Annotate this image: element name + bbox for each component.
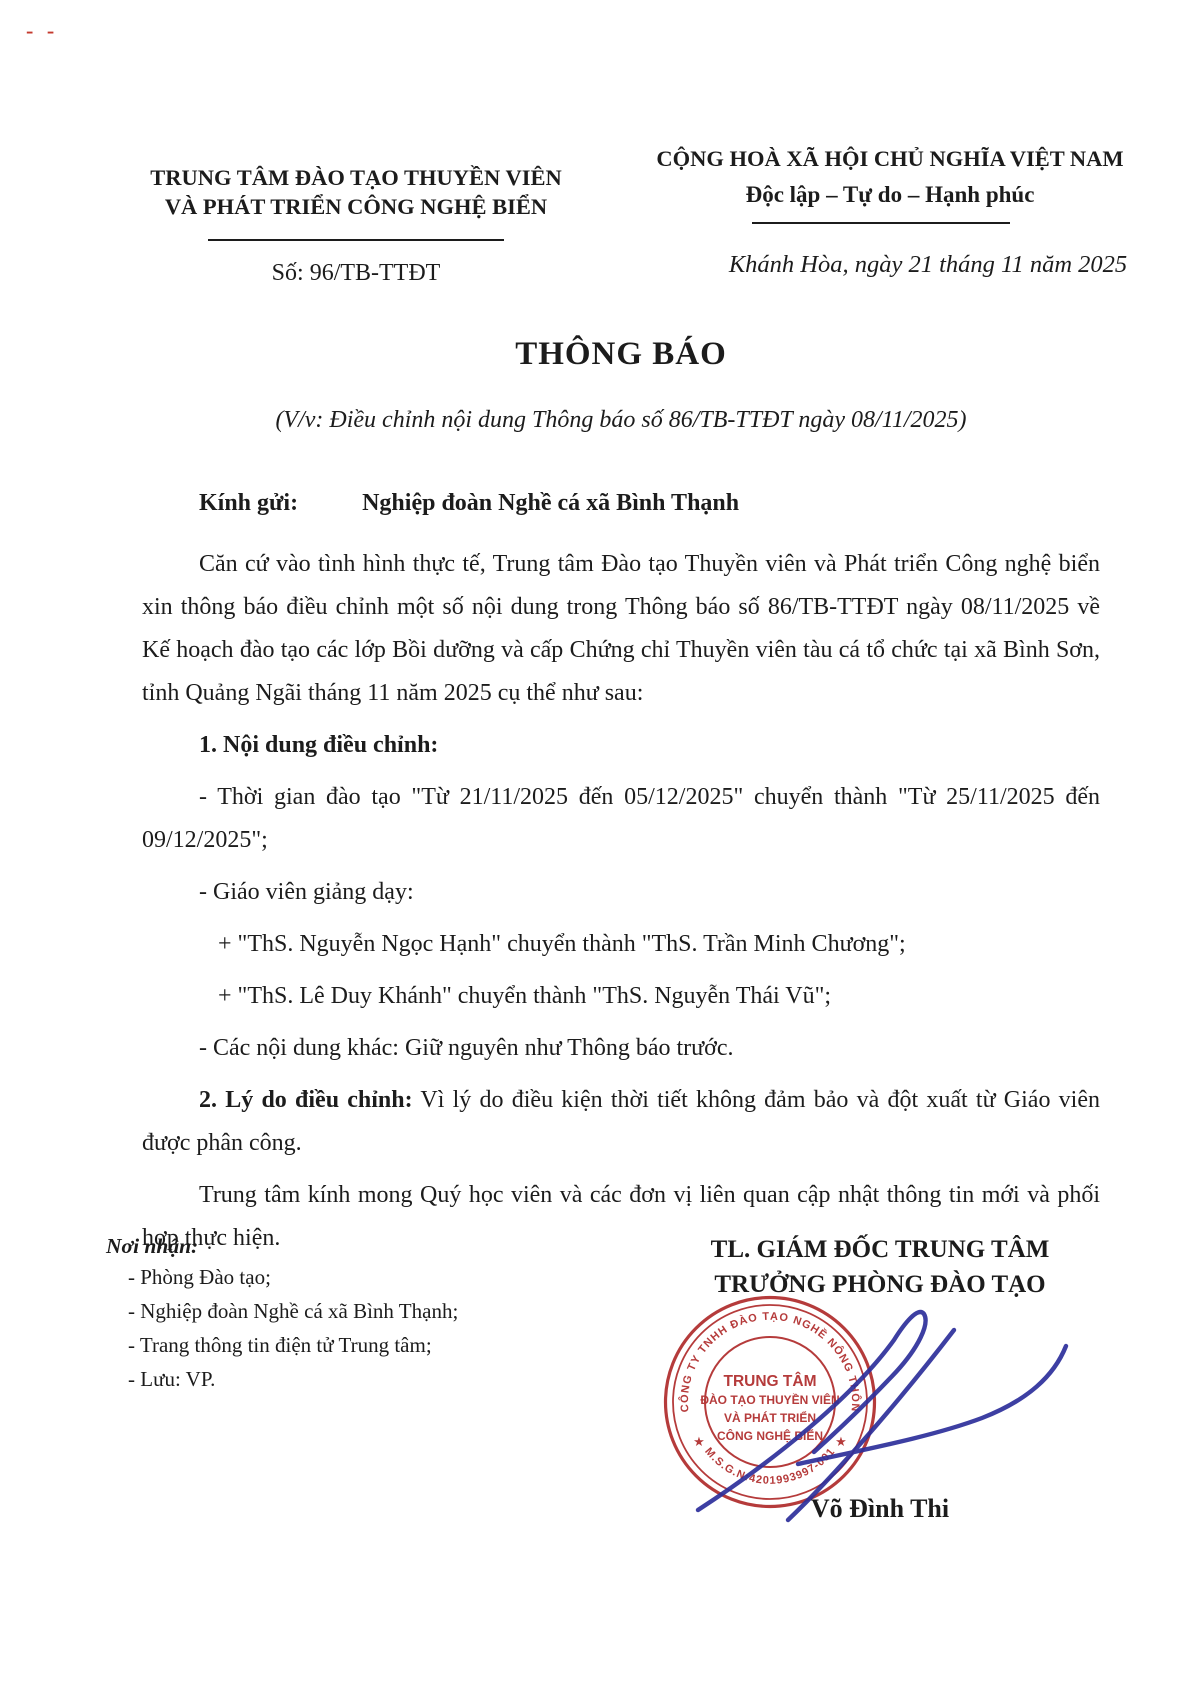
org-name-line1: TRUNG TÂM ĐÀO TẠO THUYỀN VIÊN (110, 163, 602, 192)
signature-block: TL. GIÁM ĐỐC TRUNG TÂM TRƯỞNG PHÒNG ĐÀO … (630, 1232, 1130, 1302)
issuing-org: TRUNG TÂM ĐÀO TẠO THUYỀN VIÊN VÀ PHÁT TR… (110, 163, 602, 221)
item-other-contents: - Các nội dung khác: Giữ nguyên như Thôn… (142, 1027, 1100, 1070)
document-number: Số: 96/TB-TTĐT (110, 260, 602, 287)
item-teachers: - Giáo viên giảng dạy: (142, 871, 1100, 914)
intro-paragraph: Căn cứ vào tình hình thực tế, Trung tâm … (142, 543, 1100, 715)
document-subtitle: (V/v: Điều chỉnh nội dung Thông báo số 8… (100, 407, 1142, 434)
recipient-item: - Nghiệp đoàn Nghề cá xã Bình Thạnh; (106, 1294, 526, 1328)
national-motto-line1: CỘNG HOÀ XÃ HỘI CHỦ NGHĨA VIỆT NAM (628, 145, 1152, 173)
salutation-label: Kính gửi: (199, 490, 298, 516)
national-motto-line2: Độc lập – Tự do – Hạnh phúc (628, 180, 1152, 210)
recipient-item: - Phòng Đào tạo; (106, 1260, 526, 1294)
salutation-recipient: Nghiệp đoàn Nghề cá xã Bình Thạnh (362, 490, 739, 516)
national-header: CỘNG HOÀ XÃ HỘI CHỦ NGHĨA VIỆT NAM Độc l… (628, 145, 1152, 210)
section2-paragraph: 2. Lý do điều chỉnh: Vì lý do điều kiện … (142, 1079, 1100, 1165)
item-teacher-change-1: + "ThS. Nguyễn Ngọc Hạnh" chuyển thành "… (142, 923, 1100, 966)
recipients-block: Nơi nhận: - Phòng Đào tạo; - Nghiệp đoàn… (106, 1232, 526, 1396)
place-date: Khánh Hòa, ngày 21 tháng 11 năm 2025 (668, 251, 1188, 279)
section2-label: 2. Lý do điều chỉnh: (199, 1087, 413, 1113)
recipient-item: - Lưu: VP. (106, 1362, 526, 1396)
item-training-time: - Thời gian đào tạo "Từ 21/11/2025 đến 0… (142, 776, 1100, 862)
recipient-item: - Trang thông tin điện tử Trung tâm; (106, 1328, 526, 1362)
signature-stroke-tail (798, 1346, 1066, 1464)
corner-marks: - - (26, 18, 58, 44)
recipients-label: Nơi nhận: (106, 1232, 526, 1260)
section1-heading: 1. Nội dung điều chỉnh: (142, 724, 1100, 767)
signer-name: Võ Đình Thi (630, 1494, 1130, 1524)
org-underline (208, 239, 504, 241)
document-title: THÔNG BÁO (142, 336, 1100, 373)
document-page: - - TRUNG TÂM ĐÀO TẠO THUYỀN VIÊN VÀ PHÁ… (0, 0, 1200, 1697)
org-name-line2: VÀ PHÁT TRIỂN CÔNG NGHỆ BIỂN (110, 192, 602, 221)
document-body: Kính gửi:Nghiệp đoàn Nghề cá xã Bình Thạ… (142, 482, 1100, 1269)
salutation-line: Kính gửi:Nghiệp đoàn Nghề cá xã Bình Thạ… (142, 482, 1100, 525)
signature-title-1: TL. GIÁM ĐỐC TRUNG TÂM (630, 1232, 1130, 1267)
item-teacher-change-2: + "ThS. Lê Duy Khánh" chuyển thành "ThS.… (142, 975, 1100, 1018)
national-underline (752, 222, 1010, 224)
